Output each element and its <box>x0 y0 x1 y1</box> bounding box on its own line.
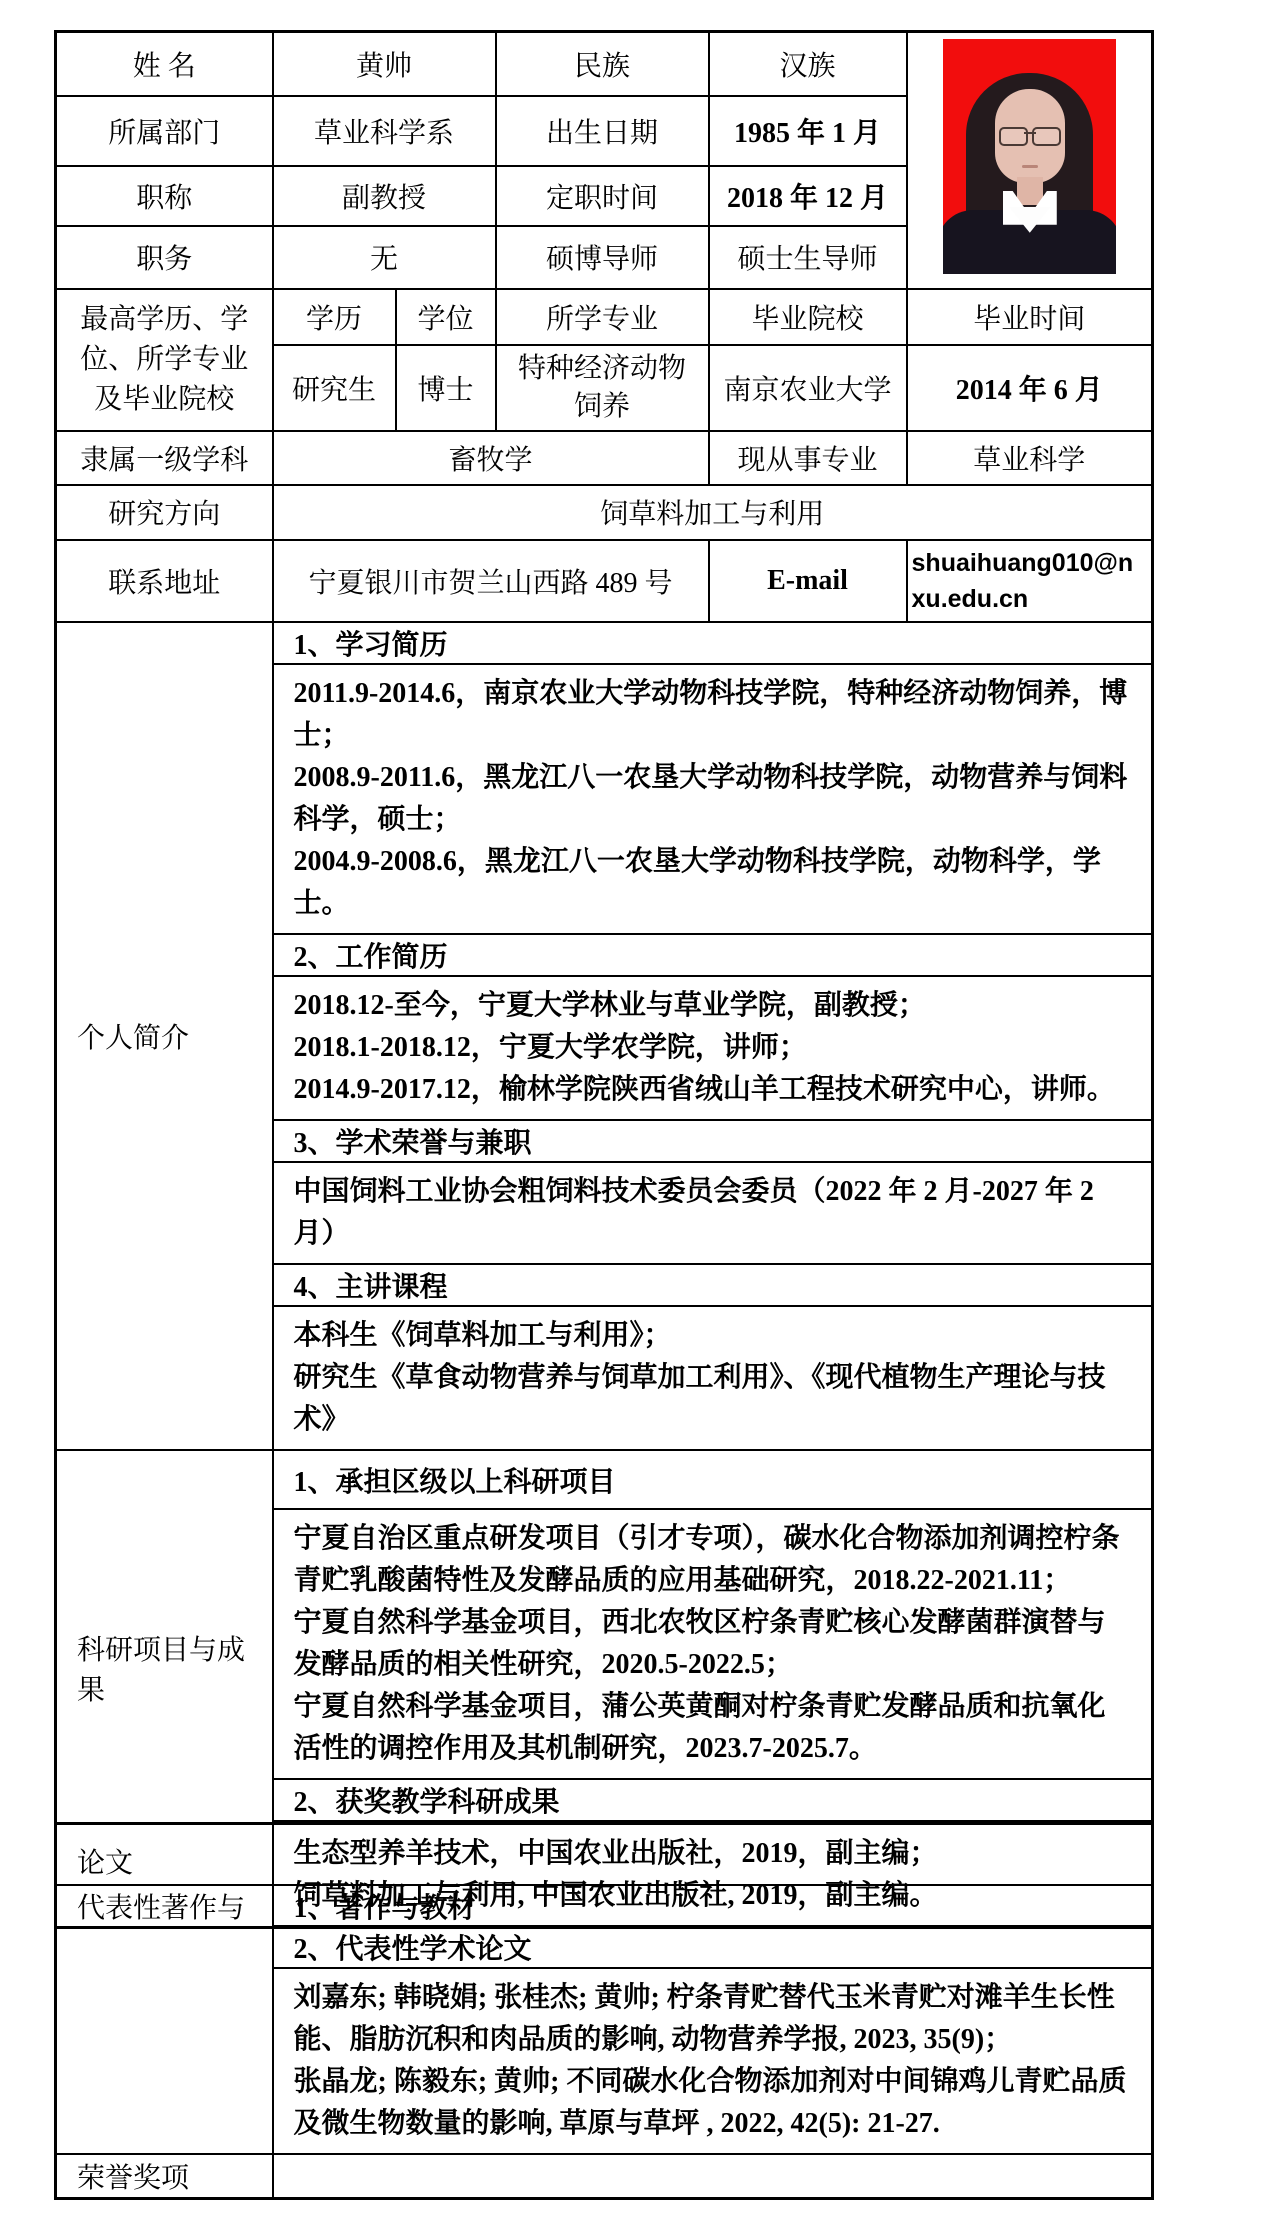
study-item: 2008.9-2011.6，黑龙江八一农垦大学动物科技学院，动物营养与饲料科学，… <box>294 757 1132 841</box>
edu-major-value: 特种经济动物饲养 <box>496 345 709 431</box>
profile-study-header: 1、学习简历 <box>273 622 1153 664</box>
edu-col-major: 所学专业 <box>496 289 709 345</box>
edu-grad-time-value: 2014 年 6 月 <box>907 345 1153 431</box>
edu-degree-value: 博士 <box>396 345 496 431</box>
supervisor-label: 硕博导师 <box>496 226 709 289</box>
row-pubs-books: 论文 生态型养羊技术，中国农业出版社，2019，副主编； 饲草料加工与利用, 中… <box>56 1824 1153 1927</box>
course-item: 研究生《草食动物营养与饲草加工利用》、《现代植物生产理论与技术》 <box>294 1357 1132 1441</box>
pubs-section-label-part2: 论文 <box>56 1824 273 2155</box>
profile-section-label: 个人简介 <box>56 622 273 1450</box>
ethnicity-label: 民族 <box>496 32 709 96</box>
row-discipline: 隶属一级学科 畜牧学 现从事专业 草业科学 <box>56 431 1153 485</box>
row-contact: 联系地址 宁夏银川市贺兰山西路 489 号 E-mail shuaihuang0… <box>56 540 1153 623</box>
photo-cell <box>907 32 1153 289</box>
pubs-books-content: 生态型养羊技术，中国农业出版社，2019，副主编； 饲草料加工与利用, 中国农业… <box>273 1824 1153 1927</box>
row-profile-h1: 个人简介 1、学习简历 <box>56 622 1153 664</box>
pubs-papers-header: 2、代表性学术论文 <box>273 1926 1153 1968</box>
birthdate-label: 出生日期 <box>496 96 709 166</box>
row-research-h1: 科研项目与成果 1、承担区级以上科研项目 <box>56 1450 1153 1509</box>
birthdate-value: 1985 年 1 月 <box>709 96 907 166</box>
position-value: 无 <box>273 226 496 289</box>
profile-courses-content: 本科生《饲草料加工与利用》； 研究生《草食动物营养与饲草加工利用》、《现代植物生… <box>273 1306 1153 1450</box>
name-label: 姓 名 <box>56 32 273 96</box>
edu-col-degree-type: 学历 <box>273 289 396 345</box>
edu-col-grad-time: 毕业时间 <box>907 289 1153 345</box>
honors-label: 荣誉奖项 <box>56 2154 273 2198</box>
book-item: 生态型养羊技术，中国农业出版社，2019，副主编； <box>294 1833 1132 1875</box>
row-edu-header: 最高学历、学位、所学专业及毕业院校 学历 学位 所学专业 毕业院校 毕业时间 <box>56 289 1153 345</box>
research-projects-header: 1、承担区级以上科研项目 <box>273 1450 1153 1509</box>
research-direction-value: 饲草料加工与利用 <box>273 485 1153 540</box>
name-value: 黄帅 <box>273 32 496 96</box>
cv-document-page: { "info": { "rows": [ {"l1": "姓 名", "v1"… <box>0 0 1269 2222</box>
research-direction-label: 研究方向 <box>56 485 273 540</box>
book-item: 饲草料加工与利用, 中国农业出版社, 2019，副主编。 <box>294 1875 1132 1917</box>
edu-col-school: 毕业院校 <box>709 289 907 345</box>
research-awards-header: 2、获奖教学科研成果 <box>273 1779 1153 1821</box>
project-item: 宁夏自然科学基金项目，西北农牧区柠条青贮核心发酵菌群演替与发酵品质的相关性研究，… <box>294 1602 1132 1686</box>
appointment-time-value: 2018 年 12 月 <box>709 166 907 226</box>
row-name: 姓 名 黄帅 民族 汉族 <box>56 32 1153 96</box>
edu-degree-type-value: 研究生 <box>273 345 396 431</box>
edu-school-value: 南京农业大学 <box>709 345 907 431</box>
research-section-label: 科研项目与成果 <box>56 1450 273 1885</box>
profile-courses-header: 4、主讲课程 <box>273 1264 1153 1306</box>
profile-work-header: 2、工作简历 <box>273 934 1153 976</box>
row-honors: 荣誉奖项 <box>56 2154 1153 2198</box>
photo-mouth <box>1022 165 1038 168</box>
study-item: 2011.9-2014.6，南京农业大学动物科技学院，特种经济动物饲养，博士； <box>294 673 1132 757</box>
work-item: 2018.12-至今，宁夏大学林业与草业学院，副教授； <box>294 985 1132 1027</box>
research-projects-content: 宁夏自治区重点研发项目（引才专项），碳水化合物添加剂调控柠条青贮乳酸菌特性及发酵… <box>273 1509 1153 1779</box>
profile-work-content: 2018.12-至今，宁夏大学林业与草业学院，副教授； 2018.1-2018.… <box>273 976 1153 1120</box>
education-label: 最高学历、学位、所学专业及毕业院校 <box>56 289 273 431</box>
study-item: 2004.9-2008.6，黑龙江八一农垦大学动物科技学院，动物科学，学士。 <box>294 841 1132 925</box>
paper-item: 刘嘉东; 韩晓娟; 张桂杰; 黄帅; 柠条青贮替代玉米青贮对滩羊生长性能、脂肪沉… <box>294 1977 1132 2061</box>
profile-honor-header: 3、学术荣誉与兼职 <box>273 1120 1153 1162</box>
project-item: 宁夏自然科学基金项目，蒲公英黄酮对柠条青贮发酵品质和抗氧化活性的调控作用及其机制… <box>294 1686 1132 1770</box>
honors-content <box>273 2154 1153 2198</box>
edu-col-degree: 学位 <box>396 289 496 345</box>
pubs-papers-content: 刘嘉东; 韩晓娟; 张桂杰; 黄帅; 柠条青贮替代玉米青贮对滩羊生长性能、脂肪沉… <box>273 1968 1153 2154</box>
paper-item: 张晶龙; 陈毅东; 黄帅; 不同碳水化合物添加剂对中间锦鸡儿青贮品质及微生物数量… <box>294 2061 1132 2145</box>
department-value: 草业科学系 <box>273 96 496 166</box>
photo-neck <box>1017 177 1043 205</box>
contact-address-value: 宁夏银川市贺兰山西路 489 号 <box>273 540 709 623</box>
email-value: shuaihuang010@nxu.edu.cn <box>907 540 1153 623</box>
title-value: 副教授 <box>273 166 496 226</box>
id-photo <box>943 39 1116 274</box>
glasses-icon <box>999 127 1061 143</box>
current-major-label: 现从事专业 <box>709 431 907 485</box>
profile-study-content: 2011.9-2014.6，南京农业大学动物科技学院，特种经济动物饲养，博士； … <box>273 664 1153 934</box>
appointment-time-label: 定职时间 <box>496 166 709 226</box>
profile-honor-content: 中国饲料工业协会粗饲料技术委员会委员（2022 年 2 月-2027 年 2 月… <box>273 1162 1153 1264</box>
course-item: 本科生《饲草料加工与利用》； <box>294 1315 1132 1357</box>
work-item: 2018.1-2018.12，宁夏大学农学院，讲师； <box>294 1027 1132 1069</box>
work-item: 2014.9-2017.12，榆林学院陕西省绒山羊工程技术研究中心，讲师。 <box>294 1069 1132 1111</box>
title-label: 职称 <box>56 166 273 226</box>
contact-address-label: 联系地址 <box>56 540 273 623</box>
position-label: 职务 <box>56 226 273 289</box>
department-label: 所属部门 <box>56 96 273 166</box>
discipline-value: 畜牧学 <box>273 431 709 485</box>
discipline-label: 隶属一级学科 <box>56 431 273 485</box>
row-research-direction: 研究方向 饲草料加工与利用 <box>56 485 1153 540</box>
cv-table-page2: 论文 生态型养羊技术，中国农业出版社，2019，副主编； 饲草料加工与利用, 中… <box>54 1822 1154 2200</box>
ethnicity-value: 汉族 <box>709 32 907 96</box>
email-label: E-mail <box>709 540 907 623</box>
project-item: 宁夏自治区重点研发项目（引才专项），碳水化合物添加剂调控柠条青贮乳酸菌特性及发酵… <box>294 1518 1132 1602</box>
current-major-value: 草业科学 <box>907 431 1153 485</box>
supervisor-value: 硕士生导师 <box>709 226 907 289</box>
cv-table-page1: 姓 名 黄帅 民族 汉族 所属部门 草业科学系 出生日期 1985 年 1 月 <box>54 30 1154 1929</box>
